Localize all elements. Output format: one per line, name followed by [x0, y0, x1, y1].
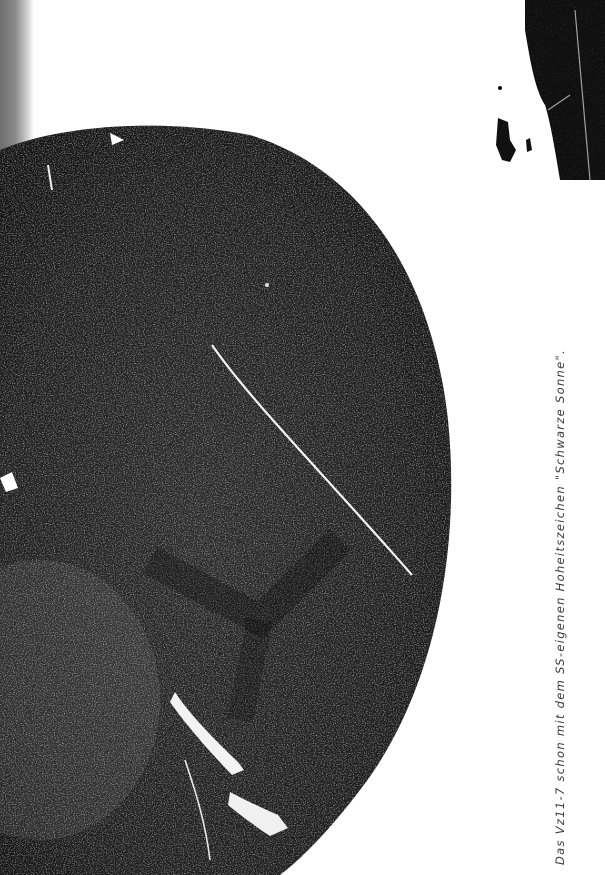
scanned-page: Das Vz11-7 schon mit dem SS-eigenen Hohe…: [0, 0, 605, 875]
corner-photo: [480, 0, 605, 180]
photo-caption: Das Vz11-7 schon mit dem SS-eigenen Hohe…: [553, 349, 567, 875]
